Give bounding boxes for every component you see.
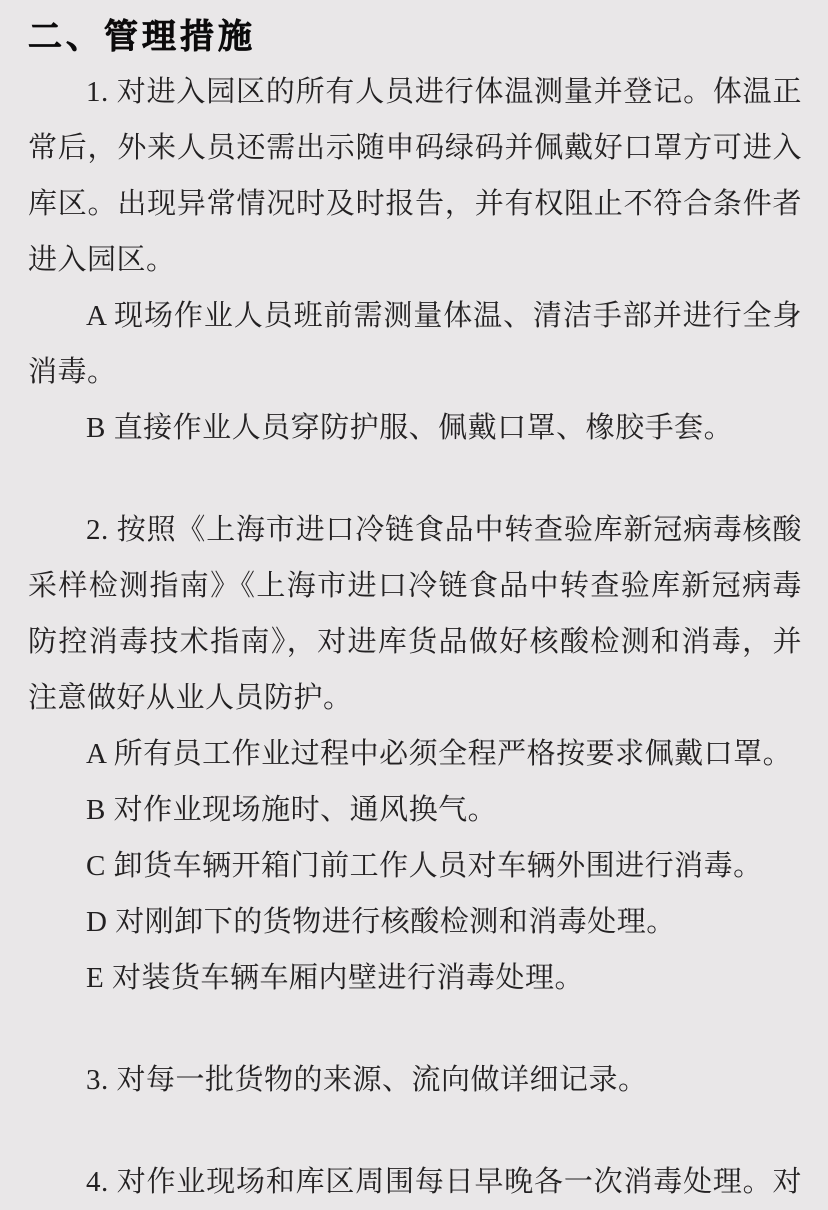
paragraph-item-1-sub-b: B 直接作业人员穿防护服、佩戴口罩、橡胶手套。 [28, 400, 802, 456]
text-line: C 卸货车辆开箱门前工作人员对车辆外围进行消毒。 [28, 838, 802, 894]
text-line: 采样检测指南》《上海市进口冷链食品中转查验库新冠病毒 [28, 558, 802, 614]
text-line: 常后，外来人员还需出示随申码绿码并佩戴好口罩方可进入 [28, 120, 802, 176]
document-body: 1. 对进入园区的所有人员进行体温测量并登记。体温正常后，外来人员还需出示随申码… [28, 64, 802, 1210]
paragraph-item-2-sub-a: A 所有员工作业过程中必须全程严格按要求佩戴口罩。 [28, 726, 802, 782]
paragraph-item-3: 3. 对每一批货物的来源、流向做详细记录。 [28, 1052, 802, 1108]
paragraph-item-2-sub-d: D 对刚卸下的货物进行核酸检测和消毒处理。 [28, 894, 802, 950]
document-title: 二、管理措施 [28, 16, 802, 58]
text-line: A 现场作业人员班前需测量体温、清洁手部并进行全身 [28, 288, 802, 344]
text-line: 进入园区。 [28, 232, 802, 288]
text-line: A 所有员工作业过程中必须全程严格按要求佩戴口罩。 [28, 726, 802, 782]
text-line: 注意做好从业人员防护。 [28, 670, 802, 726]
paragraph-item-2-sub-e: E 对装货车辆车厢内壁进行消毒处理。 [28, 950, 802, 1006]
text-line: 2. 按照《上海市进口冷链食品中转查验库新冠病毒核酸 [28, 502, 802, 558]
text-line: 库区。出现异常情况时及时报告，并有权阻止不符合条件者 [28, 176, 802, 232]
paragraph-item-1: 1. 对进入园区的所有人员进行体温测量并登记。体温正常后，外来人员还需出示随申码… [28, 64, 802, 288]
text-line: 防控消毒技术指南》，对进库货品做好核酸检测和消毒，并 [28, 614, 802, 670]
text-line: B 对作业现场施时、通风换气。 [28, 782, 802, 838]
paragraph-item-1-sub-a: A 现场作业人员班前需测量体温、清洁手部并进行全身消毒。 [28, 288, 802, 400]
document-page: 二、管理措施 1. 对进入园区的所有人员进行体温测量并登记。体温正常后，外来人员… [0, 0, 828, 1210]
paragraph-item-2-sub-b: B 对作业现场施时、通风换气。 [28, 782, 802, 838]
text-line: 1. 对进入园区的所有人员进行体温测量并登记。体温正 [28, 64, 802, 120]
paragraph-item-4: 4. 对作业现场和库区周围每日早晚各一次消毒处理。对 [28, 1154, 802, 1210]
text-line: D 对刚卸下的货物进行核酸检测和消毒处理。 [28, 894, 802, 950]
text-line: E 对装货车辆车厢内壁进行消毒处理。 [28, 950, 802, 1006]
paragraph-item-2: 2. 按照《上海市进口冷链食品中转查验库新冠病毒核酸采样检测指南》《上海市进口冷… [28, 502, 802, 726]
text-line: 3. 对每一批货物的来源、流向做详细记录。 [28, 1052, 802, 1108]
text-line: 4. 对作业现场和库区周围每日早晚各一次消毒处理。对 [28, 1154, 802, 1210]
text-line: 消毒。 [28, 344, 802, 400]
paragraph-item-2-sub-c: C 卸货车辆开箱门前工作人员对车辆外围进行消毒。 [28, 838, 802, 894]
text-line: B 直接作业人员穿防护服、佩戴口罩、橡胶手套。 [28, 400, 802, 456]
